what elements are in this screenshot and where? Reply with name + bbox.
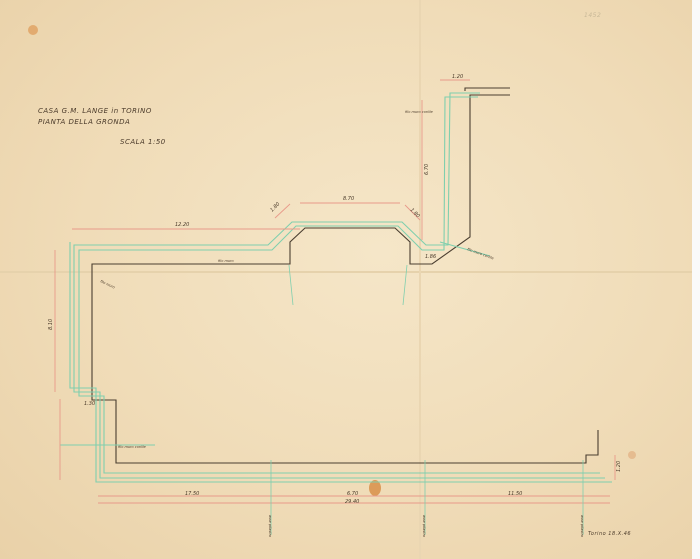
wall-outline [465,88,510,91]
signature-date: Torino 18.X.46 [588,531,631,537]
note-top: filo muro cortile [405,110,433,114]
dim-bottom-left: 17.50 [185,491,199,497]
note-gutter: filo muro [218,259,234,263]
drawing-sheet: 12.20 8.70 1.80 1.80 1.86 1.20 6.70 8.10… [0,0,692,559]
dim-bay: 8.70 [343,196,354,202]
axis-lines [271,265,583,535]
dim-bay-left: 1.80 [269,201,281,213]
dim-right-top: 1.20 [452,74,463,80]
dim-right-vertical: 6.70 [424,164,430,175]
corner-number: 1452 [584,12,601,19]
dim-left-vertical: 8.10 [48,319,54,330]
note-right: filo muro cortile [467,247,494,260]
stain [628,451,636,459]
dim-bottom-right: 11.50 [508,491,522,497]
dim-top-left: 12.20 [175,222,189,228]
drawing-title: CASA G.M. LANGE in TORINO [38,107,152,115]
note-axis: asse pilastro [422,515,426,537]
dim-bottom-total: 29.40 [345,499,359,505]
note-courtyard: filo muro cortile [118,445,146,449]
dim-right-return: 1.20 [616,461,622,472]
gutter-lines [60,93,612,482]
note-left: filo muro [100,279,116,289]
note-axis: asse pilastro [580,515,584,537]
wall-outline [92,95,598,463]
drawing-subtitle: PIANTA DELLA GRONDA [38,118,130,126]
dim-right-small: 1.86 [425,254,436,260]
drawing-scale: SCALA 1:50 [120,138,166,146]
dim-bay-right: 1.80 [409,207,421,219]
floor-plan-drawing: 12.20 8.70 1.80 1.80 1.86 1.20 6.70 8.10… [0,0,700,559]
dim-left-offset: 1.30 [84,401,95,407]
note-axis: asse pilastro [268,515,272,537]
dim-bottom-center: 6.70 [347,491,358,497]
stain [28,25,38,35]
